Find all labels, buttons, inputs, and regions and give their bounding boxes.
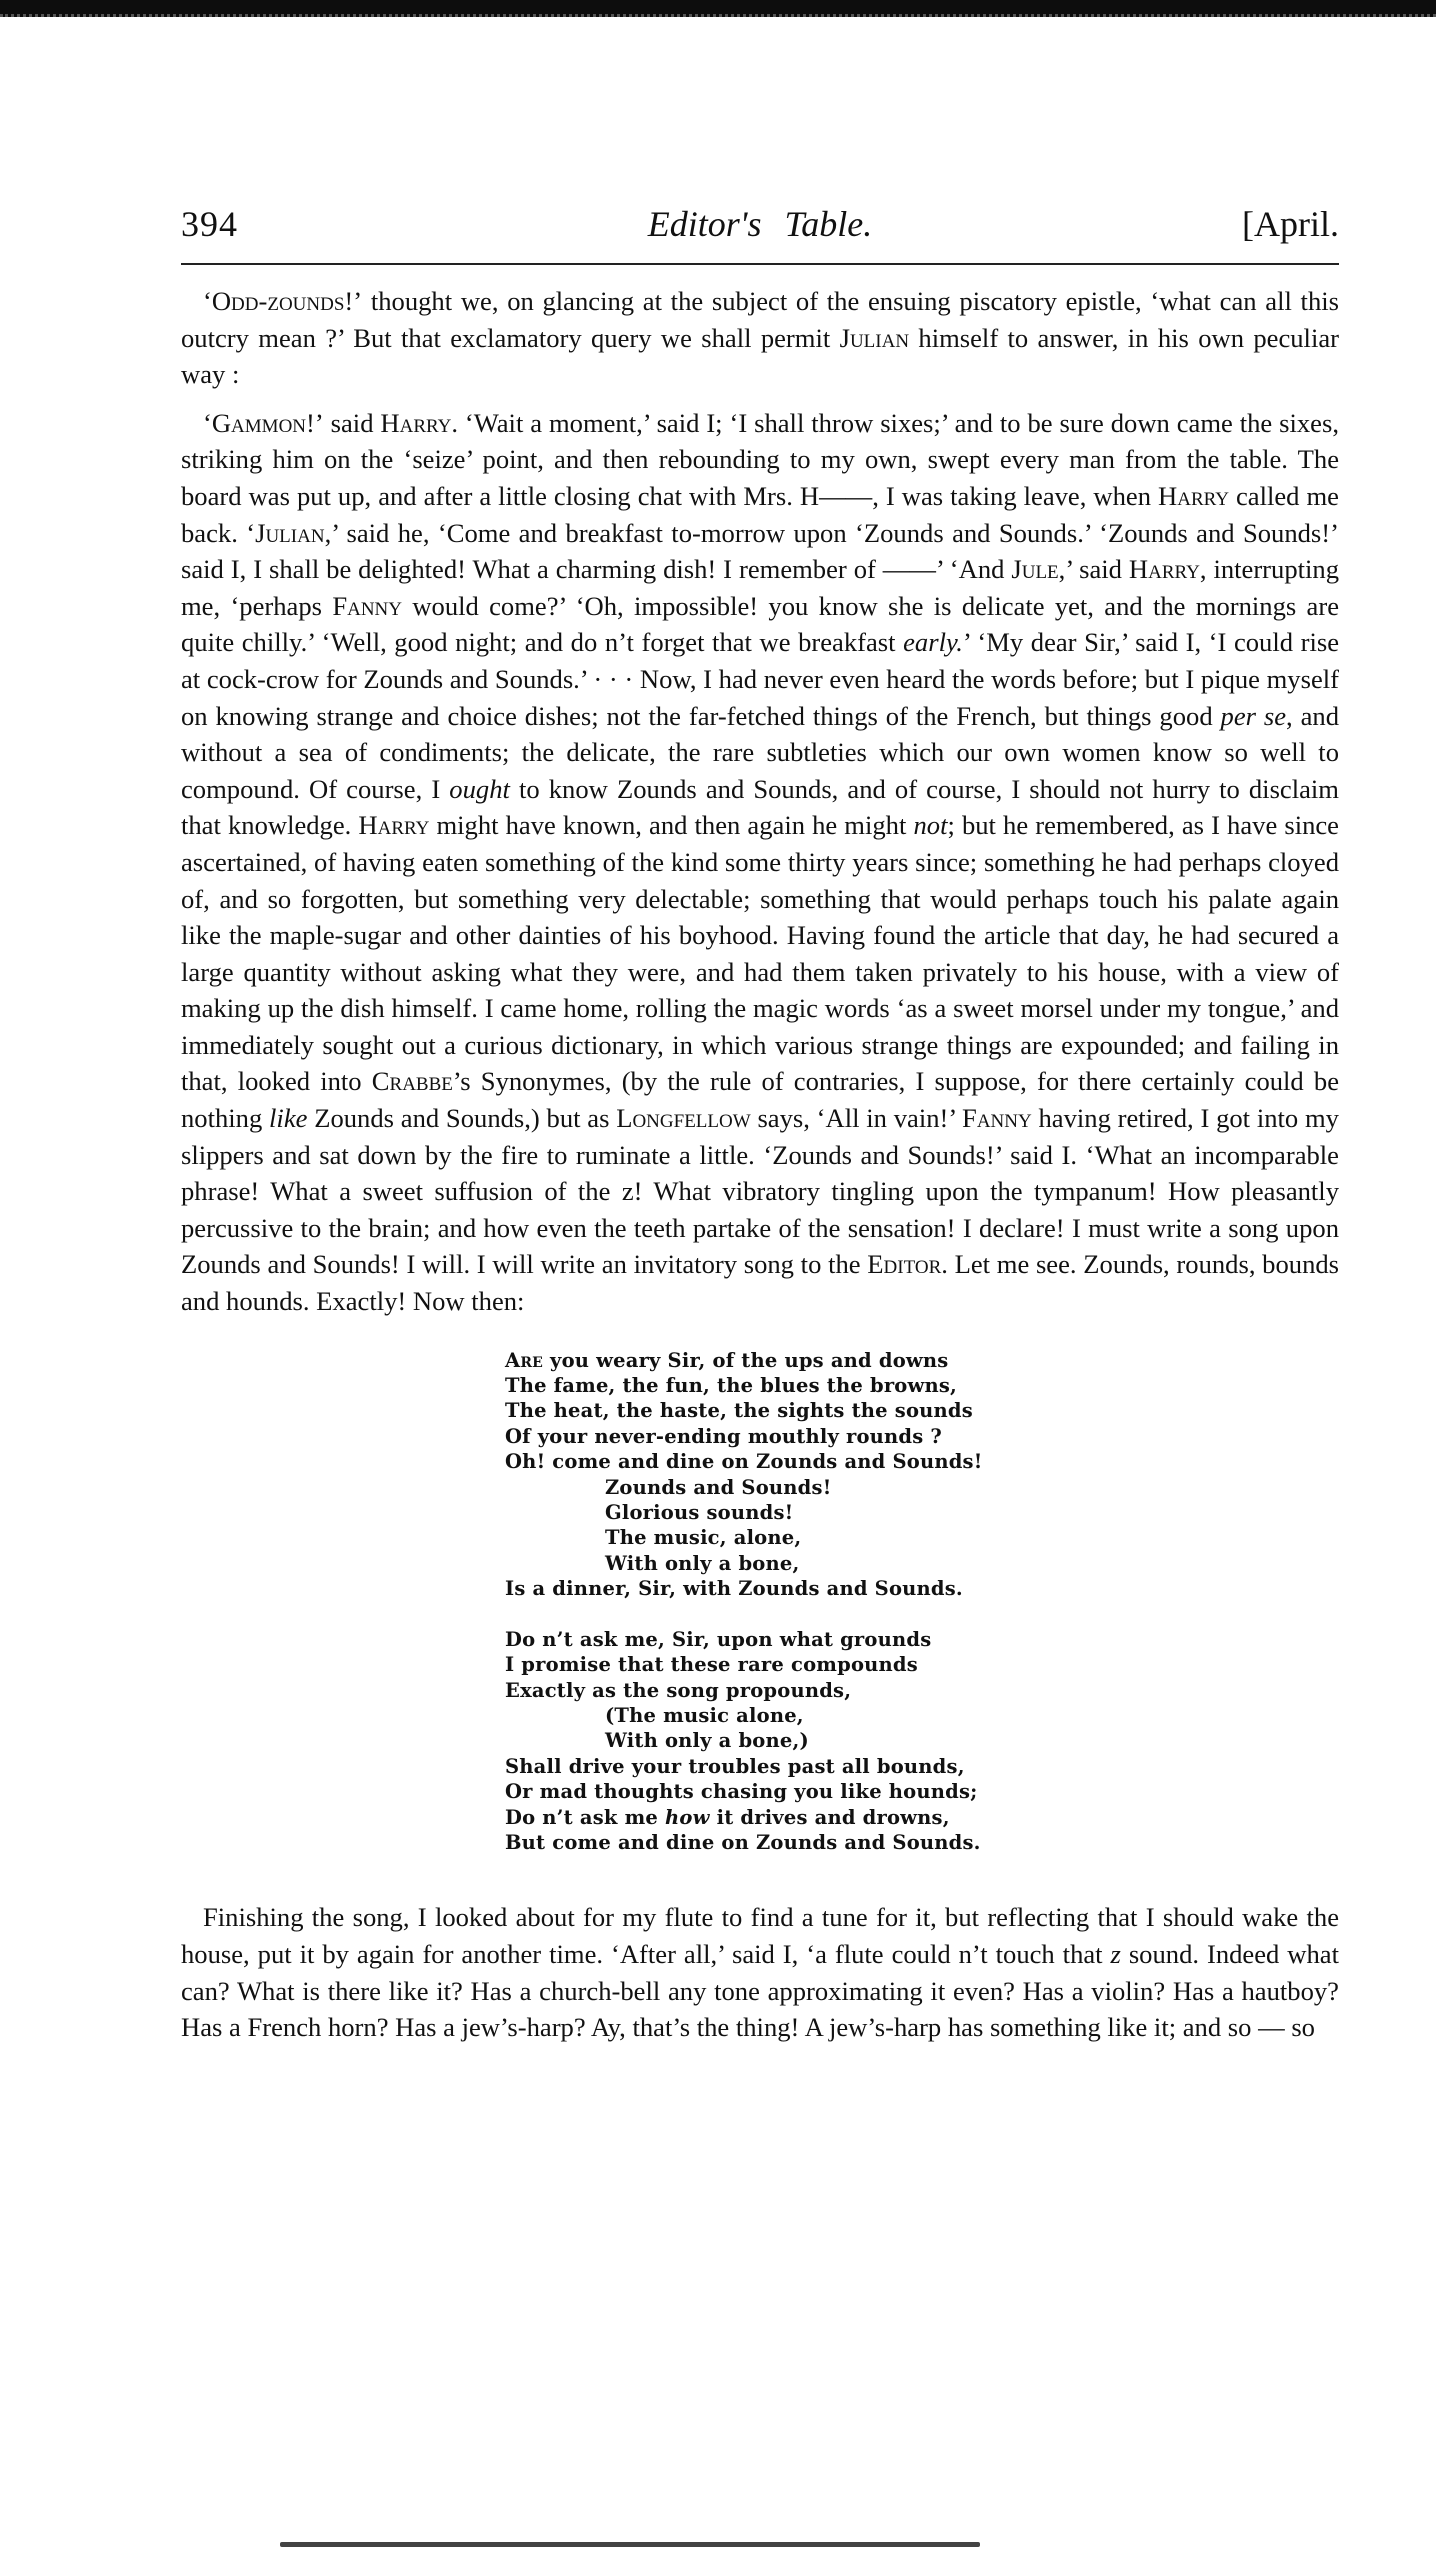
poem-line: Glorious sounds!: [505, 1500, 1339, 1525]
small-caps-name: Fanny: [332, 591, 402, 621]
journal-page: 394 Editor's Table. [April. ‘Odd-zounds!…: [181, 195, 1339, 2046]
poem-line: The fame, the fun, the blues the browns,: [505, 1373, 1339, 1398]
text-run: said: [324, 408, 381, 438]
scan-edge-top: [0, 0, 1436, 17]
poem-line: Zounds and Sounds!: [505, 1475, 1339, 1500]
text-run: might have known, and then again he migh…: [429, 810, 913, 840]
poem-line: Do n’t ask me, Sir, upon what grounds: [505, 1627, 1339, 1652]
closing-paragraph: Finishing the song, I looked about for m…: [181, 1899, 1339, 2045]
intro-paragraph: ‘Odd-zounds!’ thought we, on glancing at…: [181, 283, 1339, 393]
poem-line: The music, alone,: [505, 1525, 1339, 1550]
small-caps-name: Crabbe: [372, 1066, 453, 1096]
small-caps-name: ‘Gammon!’: [203, 408, 324, 438]
poem-line: Do n’t ask me how it drives and drowns,: [505, 1805, 1339, 1830]
poem-line: Are you weary Sir, of the ups and downs: [505, 1348, 1339, 1373]
poem-line: I promise that these rare compounds: [505, 1652, 1339, 1677]
header-rule: [181, 263, 1339, 265]
section-title: Editor's Table.: [181, 203, 1339, 245]
small-caps-name: Harry: [1158, 481, 1229, 511]
text-run: ,’ said: [1059, 554, 1129, 584]
scan-edge-bottom: [280, 2542, 980, 2547]
small-caps-name: Harry: [380, 408, 451, 438]
small-caps-lead: Are: [505, 1349, 543, 1372]
text-run: ; but he remembered, as I have since asc…: [181, 810, 1339, 1096]
small-caps-name: Longfellow: [616, 1103, 750, 1133]
italic-emphasis: like: [269, 1103, 307, 1133]
small-caps-name: Jule: [1011, 554, 1058, 584]
poem-line: Of your never-ending mouthly rounds ?: [505, 1424, 1339, 1449]
poem-line: Oh! come and dine on Zounds and Sounds!: [505, 1449, 1339, 1474]
italic-emphasis: z: [1111, 1939, 1121, 1969]
poem-stanza-1: Are you weary Sir, of the ups and downsT…: [505, 1348, 1339, 1602]
small-caps-name: Julian: [255, 518, 324, 548]
poem-stanza-2: Do n’t ask me, Sir, upon what groundsI p…: [505, 1627, 1339, 1856]
poem-line: The heat, the haste, the sights the soun…: [505, 1398, 1339, 1423]
small-caps-name: Julian: [840, 323, 909, 353]
text-run: says, ‘All in vain!’: [751, 1103, 962, 1133]
poem-line: Or mad thoughts chasing you like hounds;: [505, 1779, 1339, 1804]
poem-line: Exactly as the song propounds,: [505, 1678, 1339, 1703]
text-run: Zounds and Sounds,) but as: [307, 1103, 616, 1133]
poem-line: Shall drive your troubles past all bound…: [505, 1754, 1339, 1779]
small-caps-name: Harry: [358, 810, 429, 840]
italic-emphasis: not: [913, 810, 947, 840]
small-caps-name: Harry: [1129, 554, 1200, 584]
small-caps-name: Editor: [867, 1249, 941, 1279]
italic-emphasis: early.: [903, 627, 963, 657]
poem-line: Is a dinner, Sir, with Zounds and Sounds…: [505, 1576, 1339, 1601]
italic-emphasis: per se: [1221, 701, 1287, 731]
poem-line: With only a bone,): [505, 1728, 1339, 1753]
poem: Are you weary Sir, of the ups and downsT…: [505, 1348, 1339, 1856]
poem-line: But come and dine on Zounds and Sounds.: [505, 1830, 1339, 1855]
issue-month: [April.: [1242, 203, 1339, 245]
italic-emphasis: how: [665, 1806, 710, 1829]
narrative-paragraph: ‘Gammon!’ said Harry. ‘Wait a moment,’ s…: [181, 405, 1339, 1320]
poem-line: (The music alone,: [505, 1703, 1339, 1728]
small-caps-name: ‘Odd-zounds!’: [203, 286, 362, 316]
poem-line: With only a bone,: [505, 1551, 1339, 1576]
italic-emphasis: ought: [449, 774, 510, 804]
running-head: 394 Editor's Table. [April.: [181, 195, 1339, 255]
small-caps-name: Fanny: [962, 1103, 1032, 1133]
